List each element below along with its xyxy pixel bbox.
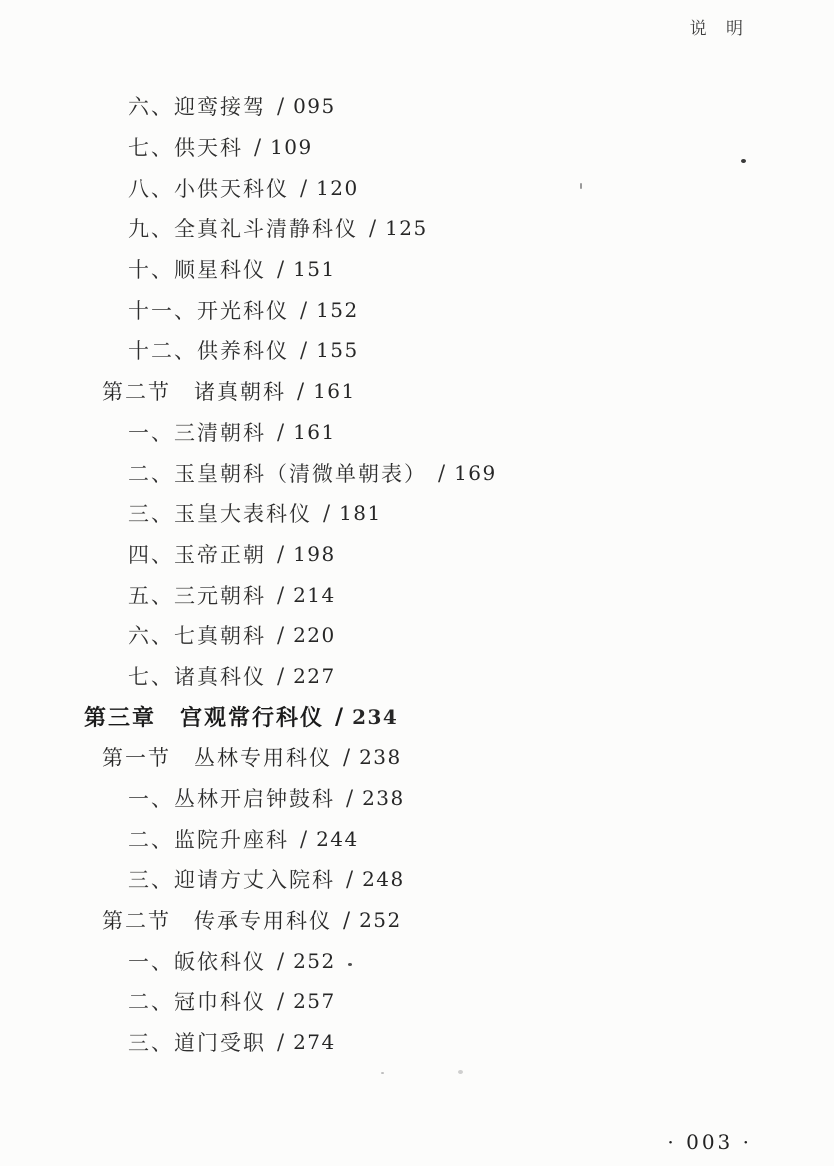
toc-separator: / (300, 338, 307, 362)
toc-separator: / (335, 704, 343, 730)
toc-entry: 六、迎鸾接驾 / 095 (0, 86, 834, 127)
toc-chapter-heading: 第三章 宫观常行科仪 / 234 (0, 696, 834, 737)
toc-entry-label: 八、小供天科仪 (128, 173, 289, 203)
toc-separator: / (277, 94, 284, 118)
toc-entry-page: 248 (362, 867, 405, 891)
toc-separator: / (346, 867, 353, 891)
toc-entry-page: 257 (293, 989, 336, 1013)
toc-entry: 一、皈依科仪 / 252 (0, 940, 834, 981)
toc-entry: 十一、开光科仪 / 152 (0, 289, 834, 330)
toc-entry-label: 三、道门受职 (128, 1027, 266, 1057)
toc-separator: / (300, 176, 307, 200)
toc-section-heading: 第二节 诸真朝科 / 161 (0, 371, 834, 412)
toc-entry-label: 三、玉皇大表科仪 (128, 498, 312, 528)
toc-entry-label: 一、皈依科仪 (128, 946, 266, 976)
toc-entry: 十二、供养科仪 / 155 (0, 330, 834, 371)
toc-entry-page: 227 (293, 664, 336, 688)
toc-entry-label: 第一节 丛林专用科仪 (102, 742, 332, 772)
toc-entry: 七、诸真科仪 / 227 (0, 656, 834, 697)
toc-separator: / (277, 989, 284, 1013)
toc-entry-page: 198 (293, 542, 336, 566)
toc-separator: / (277, 949, 284, 973)
book-page: 说 明 六、迎鸾接驾 / 095 七、供天科 / 109 八、小供天科仪 / 1… (0, 0, 834, 1166)
toc-separator: / (277, 583, 284, 607)
toc-entry-page: 120 (316, 176, 359, 200)
toc-section-heading: 第二节 传承专用科仪 / 252 (0, 900, 834, 941)
scan-speck (458, 1070, 463, 1074)
toc-entry-page: 161 (293, 420, 336, 444)
toc-separator: / (254, 135, 261, 159)
toc-entry-page: 169 (454, 461, 497, 485)
toc-separator: / (277, 420, 284, 444)
toc-entry-label: 第三章 宫观常行科仪 (84, 701, 324, 732)
toc-entry-page: 151 (293, 257, 336, 281)
toc-entry: 三、迎请方丈入院科 / 248 (0, 859, 834, 900)
toc-entry-page: 252 (293, 949, 336, 973)
toc-entry-label: 二、玉皇朝科（清微单朝表） (128, 458, 427, 488)
toc-entry-label: 九、全真礼斗清静科仪 (128, 213, 358, 243)
toc-entry-page: 095 (293, 94, 336, 118)
toc-entry-label: 六、迎鸾接驾 (128, 91, 266, 121)
toc-entry-label: 六、七真朝科 (128, 620, 266, 650)
toc-entry-page: 244 (316, 827, 359, 851)
toc-entry-label: 五、三元朝科 (128, 580, 266, 610)
toc-entry: 五、三元朝科 / 214 (0, 574, 834, 615)
toc-separator: / (438, 461, 445, 485)
table-of-contents: 六、迎鸾接驾 / 095 七、供天科 / 109 八、小供天科仪 / 120 九… (0, 86, 834, 1063)
toc-entry-label: 十一、开光科仪 (128, 295, 289, 325)
running-head: 说 明 (690, 14, 750, 39)
toc-separator: / (277, 664, 284, 688)
toc-entry-page: 152 (316, 298, 359, 322)
toc-entry-page: 109 (270, 135, 313, 159)
toc-entry: 四、玉帝正朝 / 198 (0, 534, 834, 575)
toc-entry: 七、供天科 / 109 (0, 127, 834, 168)
toc-separator: / (346, 786, 353, 810)
toc-separator: / (300, 827, 307, 851)
toc-entry: 二、冠巾科仪 / 257 (0, 981, 834, 1022)
toc-separator: / (369, 216, 376, 240)
toc-entry-label: 二、冠巾科仪 (128, 986, 266, 1016)
toc-entry-page: 161 (313, 379, 356, 403)
toc-entry-page: 238 (359, 745, 402, 769)
toc-entry: 二、监院升座科 / 244 (0, 818, 834, 859)
toc-entry-label: 七、诸真科仪 (128, 661, 266, 691)
toc-entry-label: 第二节 传承专用科仪 (102, 905, 332, 935)
toc-separator: / (343, 908, 350, 932)
toc-separator: / (277, 542, 284, 566)
toc-entry-page: 155 (316, 338, 359, 362)
toc-separator: / (297, 379, 304, 403)
toc-entry: 三、道门受职 / 274 (0, 1022, 834, 1063)
toc-entry-page: 125 (385, 216, 428, 240)
toc-entry-label: 第二节 诸真朝科 (102, 376, 286, 406)
toc-entry-page: 181 (339, 501, 382, 525)
toc-entry-page: 234 (352, 705, 398, 729)
toc-separator: / (343, 745, 350, 769)
toc-entry: 一、丛林开启钟鼓科 / 238 (0, 778, 834, 819)
toc-separator: / (300, 298, 307, 322)
toc-entry: 十、顺星科仪 / 151 (0, 249, 834, 290)
folio-page-number: · 003 · (667, 1130, 752, 1154)
toc-entry-label: 四、玉帝正朝 (128, 539, 266, 569)
toc-entry-page: 238 (362, 786, 405, 810)
toc-entry-label: 三、迎请方丈入院科 (128, 864, 335, 894)
toc-entry: 二、玉皇朝科（清微单朝表） / 169 (0, 452, 834, 493)
toc-entry-page: 252 (359, 908, 402, 932)
toc-entry: 六、七真朝科 / 220 (0, 615, 834, 656)
toc-separator: / (277, 623, 284, 647)
toc-entry-page: 274 (293, 1030, 336, 1054)
scan-speck (381, 1072, 384, 1074)
toc-entry-label: 一、丛林开启钟鼓科 (128, 783, 335, 813)
toc-entry-label: 十、顺星科仪 (128, 254, 266, 284)
toc-entry: 八、小供天科仪 / 120 (0, 167, 834, 208)
toc-entry: 一、三清朝科 / 161 (0, 412, 834, 453)
toc-entry-page: 214 (293, 583, 336, 607)
toc-entry-label: 二、监院升座科 (128, 824, 289, 854)
toc-entry-page: 220 (293, 623, 336, 647)
toc-entry: 三、玉皇大表科仪 / 181 (0, 493, 834, 534)
toc-entry-label: 七、供天科 (128, 132, 243, 162)
toc-separator: / (277, 1030, 284, 1054)
toc-separator: / (323, 501, 330, 525)
toc-entry: 九、全真礼斗清静科仪 / 125 (0, 208, 834, 249)
toc-section-heading: 第一节 丛林专用科仪 / 238 (0, 737, 834, 778)
toc-entry-label: 十二、供养科仪 (128, 335, 289, 365)
toc-entry-label: 一、三清朝科 (128, 417, 266, 447)
toc-separator: / (277, 257, 284, 281)
